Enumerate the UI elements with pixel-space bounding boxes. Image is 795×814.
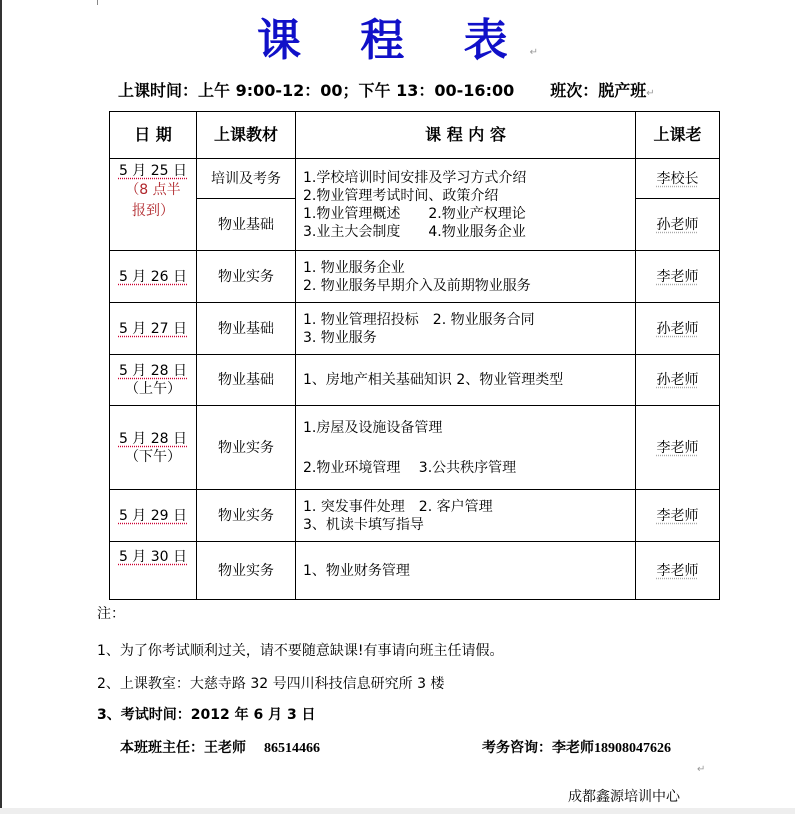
content-cell: 1、房地产相关基础知识 2、物业管理类型 bbox=[296, 355, 636, 406]
teacher-name: 孙老师 bbox=[657, 217, 699, 233]
note-item: 2、上课教室：大慈寺路 32 号四川科技信息研究所 3 楼 bbox=[97, 674, 444, 694]
content-line: 3、机读卡填写指导 bbox=[303, 516, 635, 534]
table-row: 5 月 29 日 物业实务 1. 突发事件处理 2. 客户管理 3、机读卡填写指… bbox=[110, 490, 720, 542]
content-line: 1. 突发事件处理 2. 客户管理 bbox=[303, 498, 635, 516]
material-cell: 物业实务 bbox=[197, 406, 296, 490]
content-line: 1、房地产相关基础知识 2、物业管理类型 bbox=[303, 371, 635, 389]
teacher-name: 李老师 bbox=[657, 269, 699, 285]
content-cell: 1、物业财务管理 bbox=[296, 542, 636, 600]
exam-consult-phone: 18908047626 bbox=[594, 741, 671, 756]
teacher-name: 李老师 bbox=[657, 563, 699, 579]
teacher-name: 孙老师 bbox=[657, 372, 699, 388]
head-teacher-contact: 本班班主任：王老师86514466 bbox=[120, 737, 320, 757]
content-line: 1、物业财务管理 bbox=[303, 562, 635, 580]
content-cell: 1.房屋及设施设备管理 2.物业环境管理 3.公共秩序管理 bbox=[296, 406, 636, 490]
paragraph-mark-icon: ↵ bbox=[697, 764, 705, 775]
teacher-cell: 李老师 bbox=[636, 406, 720, 490]
teacher-name: 李老师 bbox=[657, 508, 699, 524]
date-value: 5 月 27 日 bbox=[119, 321, 187, 337]
teacher-cell: 李老师 bbox=[636, 542, 720, 600]
material-cell: 物业实务 bbox=[197, 490, 296, 542]
note-item: 1、为了你考试顺利过关，请不要随意缺课!有事请向班主任请假。 bbox=[97, 641, 504, 661]
teacher-cell: 李老师 bbox=[636, 490, 720, 542]
schedule-subtitle: 上课时间：上午 9:00-12：00；下午 13：00-16:00班次：脱产班↵ bbox=[118, 80, 655, 105]
page-left-edge bbox=[0, 0, 2, 808]
exam-consult-label: 考务咨询：李老师 bbox=[482, 740, 594, 756]
date-value: 5 月 28 日 bbox=[110, 362, 196, 380]
teacher-name: 李老师 bbox=[657, 440, 699, 456]
content-line: 1.房屋及设施设备管理 bbox=[303, 419, 635, 437]
class-time-value: 上午 9:00-12：00；下午 13：00-16:00 bbox=[198, 81, 514, 100]
date-cell: 5 月 26 日 bbox=[110, 251, 197, 303]
teacher-cell: 孙老师 bbox=[636, 199, 720, 251]
class-time-label: 上课时间： bbox=[118, 81, 198, 100]
page-corner-mark bbox=[97, 0, 98, 5]
date-cell: 5 月 28 日 （下午） bbox=[110, 406, 197, 490]
date-cell: 5 月 30 日 bbox=[110, 542, 197, 600]
table-header-row: 日 期 上课教材 课 程 内 容 上课老 bbox=[110, 112, 720, 159]
date-value: 5 月 30 日 bbox=[119, 549, 187, 565]
teacher-cell: 孙老师 bbox=[636, 355, 720, 406]
material-cell: 物业基础 bbox=[197, 355, 296, 406]
date-note: （上午） bbox=[110, 380, 196, 398]
content-line: 1. 物业服务企业 bbox=[303, 259, 635, 277]
class-type-label: 班次： bbox=[550, 81, 598, 100]
note-item-exam-date: 3、考试时间：2012 年 6 月 3 日 bbox=[97, 705, 316, 725]
teacher-name: 孙老师 bbox=[657, 321, 699, 337]
organization-name: 成都鑫源培训中心 bbox=[568, 786, 680, 806]
content-cell: 1. 突发事件处理 2. 客户管理 3、机读卡填写指导 bbox=[296, 490, 636, 542]
header-content: 课 程 内 容 bbox=[296, 112, 636, 159]
content-line: 1. 物业管理招投标 2. 物业服务合同 bbox=[303, 311, 635, 329]
content-line: 2.物业环境管理 3.公共秩序管理 bbox=[303, 459, 635, 477]
content-line: 1.物业管理概述 2.物业产权理论 bbox=[303, 205, 635, 223]
teacher-cell: 李老师 bbox=[636, 251, 720, 303]
date-value: 5 月 29 日 bbox=[119, 508, 187, 524]
paragraph-mark-icon: ↵ bbox=[646, 88, 654, 99]
table-row: 5 月 25 日 （8 点半报到） 培训及考务 1.学校培训时间安排及学习方式介… bbox=[110, 159, 720, 199]
content-line: 2. 物业服务早期介入及前期物业服务 bbox=[303, 277, 635, 295]
date-cell: 5 月 28 日 （上午） bbox=[110, 355, 197, 406]
date-value: 5 月 26 日 bbox=[119, 269, 187, 285]
content-line: 3. 物业服务 bbox=[303, 329, 635, 347]
material-cell: 物业基础 bbox=[197, 303, 296, 355]
table-row: 5 月 26 日 物业实务 1. 物业服务企业 2. 物业服务早期介入及前期物业… bbox=[110, 251, 720, 303]
material-cell: 培训及考务 bbox=[197, 159, 296, 199]
class-type-value: 脱产班 bbox=[598, 81, 646, 100]
content-line: 3.业主大会制度 4.物业服务企业 bbox=[303, 223, 635, 241]
date-value: 5 月 28 日 bbox=[110, 430, 196, 448]
notes-heading: 注： bbox=[97, 604, 125, 624]
table-row: 5 月 28 日 （下午） 物业实务 1.房屋及设施设备管理 2.物业环境管理 … bbox=[110, 406, 720, 490]
teacher-cell: 孙老师 bbox=[636, 303, 720, 355]
header-material: 上课教材 bbox=[197, 112, 296, 159]
content-line: 2.物业管理考试时间、政策介绍 bbox=[303, 187, 635, 205]
date-note: （8 点半报到） bbox=[110, 180, 196, 222]
head-teacher-phone: 86514466 bbox=[264, 741, 320, 756]
table-row: 5 月 30 日 物业实务 1、物业财务管理 李老师 bbox=[110, 542, 720, 600]
date-cell: 5 月 29 日 bbox=[110, 490, 197, 542]
exam-consult-contact: 考务咨询：李老师18908047626 bbox=[482, 737, 671, 757]
date-value: 5 月 25 日 bbox=[110, 162, 196, 180]
material-cell: 物业基础 bbox=[197, 199, 296, 251]
teacher-name: 李校长 bbox=[657, 171, 699, 187]
teacher-cell: 李校长 bbox=[636, 159, 720, 199]
content-line: 1.学校培训时间安排及学习方式介绍 bbox=[303, 169, 635, 187]
table-row: 5 月 27 日 物业基础 1. 物业管理招投标 2. 物业服务合同 3. 物业… bbox=[110, 303, 720, 355]
material-cell: 物业实务 bbox=[197, 251, 296, 303]
header-teacher: 上课老 bbox=[636, 112, 720, 159]
material-cell: 物业实务 bbox=[197, 542, 296, 600]
header-date: 日 期 bbox=[110, 112, 197, 159]
page-title: 课 程 表↵ bbox=[0, 14, 795, 80]
content-cell: 1.学校培训时间安排及学习方式介绍 2.物业管理考试时间、政策介绍 1.物业管理… bbox=[296, 159, 636, 251]
page-bottom-band bbox=[0, 808, 795, 814]
table-row: 5 月 28 日 （上午） 物业基础 1、房地产相关基础知识 2、物业管理类型 … bbox=[110, 355, 720, 406]
date-note: （下午） bbox=[110, 448, 196, 466]
content-cell: 1. 物业服务企业 2. 物业服务早期介入及前期物业服务 bbox=[296, 251, 636, 303]
head-teacher-label: 本班班主任：王老师 bbox=[120, 740, 246, 756]
paragraph-mark-icon: ↵ bbox=[530, 47, 538, 58]
schedule-table: 日 期 上课教材 课 程 内 容 上课老 5 月 25 日 （8 点半报到） 培… bbox=[109, 111, 720, 600]
date-cell: 5 月 27 日 bbox=[110, 303, 197, 355]
content-cell: 1. 物业管理招投标 2. 物业服务合同 3. 物业服务 bbox=[296, 303, 636, 355]
date-cell: 5 月 25 日 （8 点半报到） bbox=[110, 159, 197, 251]
